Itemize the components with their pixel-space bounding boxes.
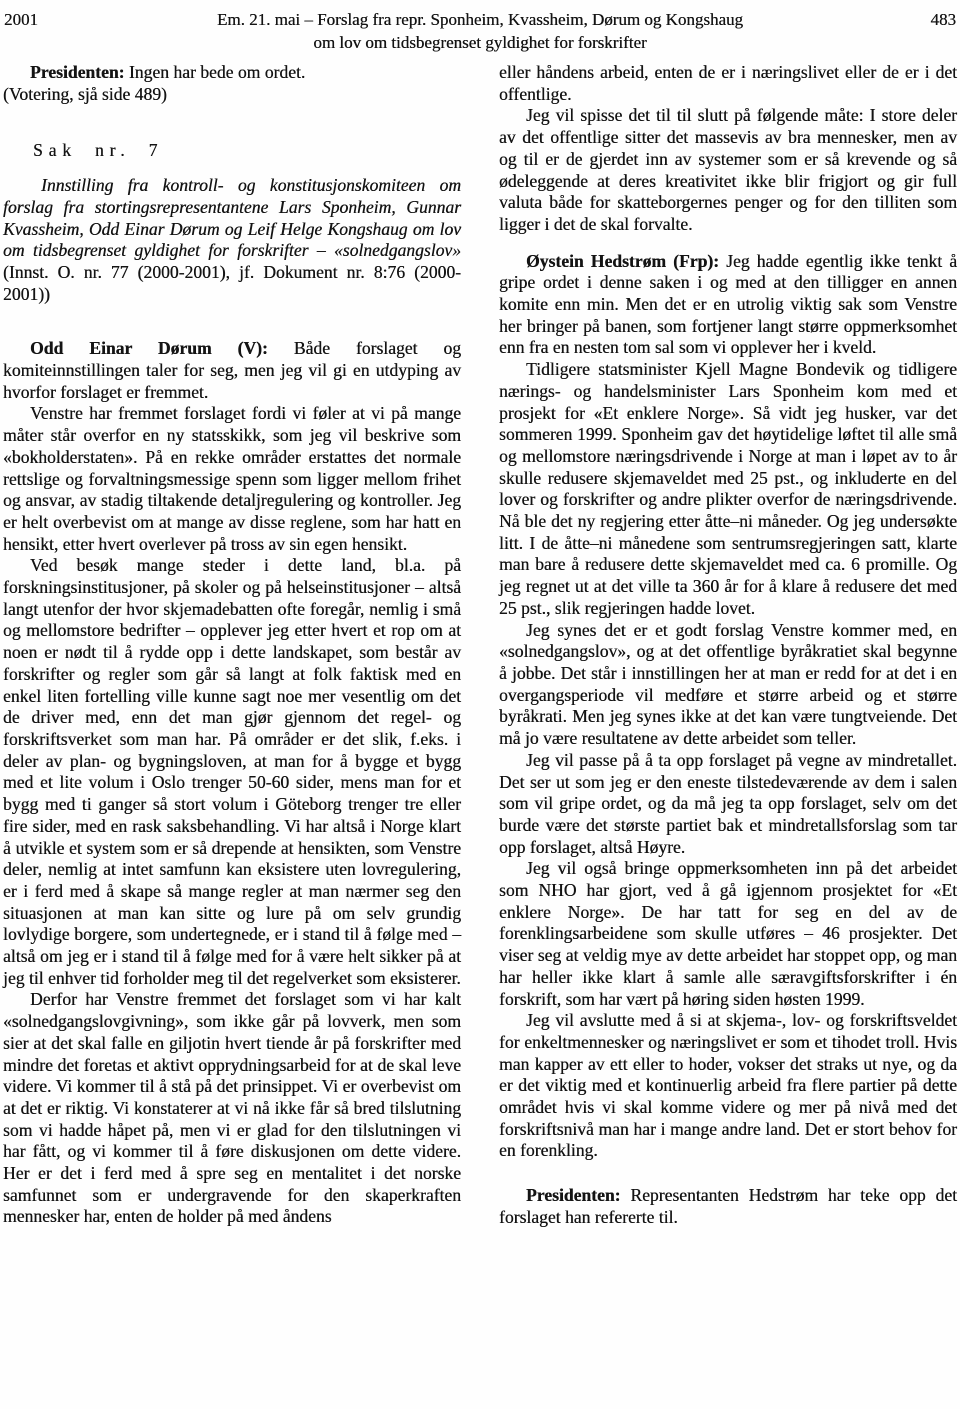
speech-paragraph: Jeg vil passe på å ta opp forslaget på v… — [499, 750, 957, 859]
speech-paragraph: Jeg vil spisse det til til slutt på følg… — [499, 105, 957, 235]
case-heading: Sak nr. 7 — [3, 140, 461, 162]
president-note: Presidenten: Ingen har bede om ordet. — [3, 62, 461, 84]
two-column-body: Presidenten: Ingen har bede om ordet. (V… — [3, 62, 957, 1229]
case-description-reference: (Innst. O. nr. 77 (2000-2001), jf. Dokum… — [3, 262, 461, 304]
speech-paragraph: Jeg synes det er et godt forslag Venstre… — [499, 620, 957, 750]
speech-paragraph: Jeg vil også bringe oppmerksomheten inn … — [499, 858, 957, 1010]
speaker-name: Presidenten: — [30, 62, 124, 82]
page-number: 483 — [931, 8, 957, 31]
hedstrom-speech-opening: Øystein Hedstrøm (Frp): Jeg hadde egentl… — [499, 251, 957, 360]
header-title-line2: om lov om tidsbegrenset gyldighet for fo… — [3, 31, 957, 54]
year-label: 2001 — [4, 8, 38, 31]
speaker-name: Presidenten: — [526, 1185, 620, 1205]
speech-paragraph: Venstre har fremmet forslaget fordi vi f… — [3, 403, 461, 555]
speech-paragraph: Tidligere statsminister Kjell Magne Bond… — [499, 359, 957, 619]
header-title-line1: Em. 21. mai – Forslag fra repr. Sponheim… — [3, 8, 957, 31]
right-column: eller håndens arbeid, enten de er i næri… — [499, 62, 957, 1229]
page-header: 2001 Em. 21. mai – Forslag fra repr. Spo… — [3, 8, 957, 54]
speech-paragraph: Ved besøk mange steder i dette land, bl.… — [3, 555, 461, 989]
speech-paragraph: Jeg vil avslutte med å si at skjema-, lo… — [499, 1010, 957, 1162]
speech-text: Ingen har bede om ordet. — [129, 62, 305, 82]
speaker-name: Odd Einar Dørum (V): — [30, 338, 268, 358]
speech-paragraph-continued: eller håndens arbeid, enten de er i næri… — [499, 62, 957, 105]
proceedings-page: 2001 Em. 21. mai – Forslag fra repr. Spo… — [0, 0, 960, 1409]
case-description-italic: Innstilling fra kontroll- og konstitusjo… — [3, 175, 461, 260]
dorum-speech-opening: Odd Einar Dørum (V): Både forslaget og k… — [3, 338, 461, 403]
speaker-name: Øystein Hedstrøm (Frp): — [526, 251, 719, 271]
voting-note: (Votering, sjå side 489) — [3, 84, 461, 106]
left-column: Presidenten: Ingen har bede om ordet. (V… — [3, 62, 461, 1229]
speech-paragraph: Derfor har Venstre fremmet det forslaget… — [3, 989, 461, 1228]
case-description: Innstilling fra kontroll- og konstitusjo… — [3, 175, 461, 305]
president-closing: Presidenten: Representanten Hedstrøm har… — [499, 1185, 957, 1228]
